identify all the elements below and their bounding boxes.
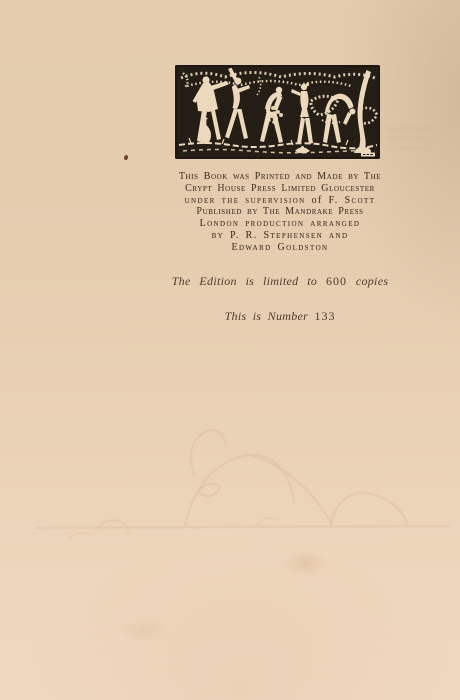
verso-show-through-sketch [35,412,450,577]
colophon-line: This Book was Printed and Made by The [90,171,460,183]
colophon-line: Published by The Mandrake Press [90,206,460,218]
show-through-text-smudge [384,128,430,166]
copy-number-line: This is Number 133 [60,309,460,324]
book-page: This Book was Printed and Made by The Cr… [0,0,460,700]
colophon-line: by P. R. Stephensen and [90,230,460,242]
colophon-line: under the supervision of F. Scott [90,195,460,207]
foxing-spot [118,618,170,642]
colophon-line: London production arranged [90,218,460,230]
copy-number: 133 [314,309,335,323]
colophon-text: This Book was Printed and Made by The Cr… [90,171,460,254]
bacchanal-woodcut-illustration [175,65,380,159]
edition-limit-line: The Edition is limited to 600 copies [60,274,460,289]
edition-count: 600 [326,274,347,288]
ink-fleck [124,155,128,160]
colophon-line: Edward Goldston [90,242,460,254]
foxing-spot [283,550,329,576]
colophon-line: Crypt House Press Limited Gloucester [90,183,460,195]
